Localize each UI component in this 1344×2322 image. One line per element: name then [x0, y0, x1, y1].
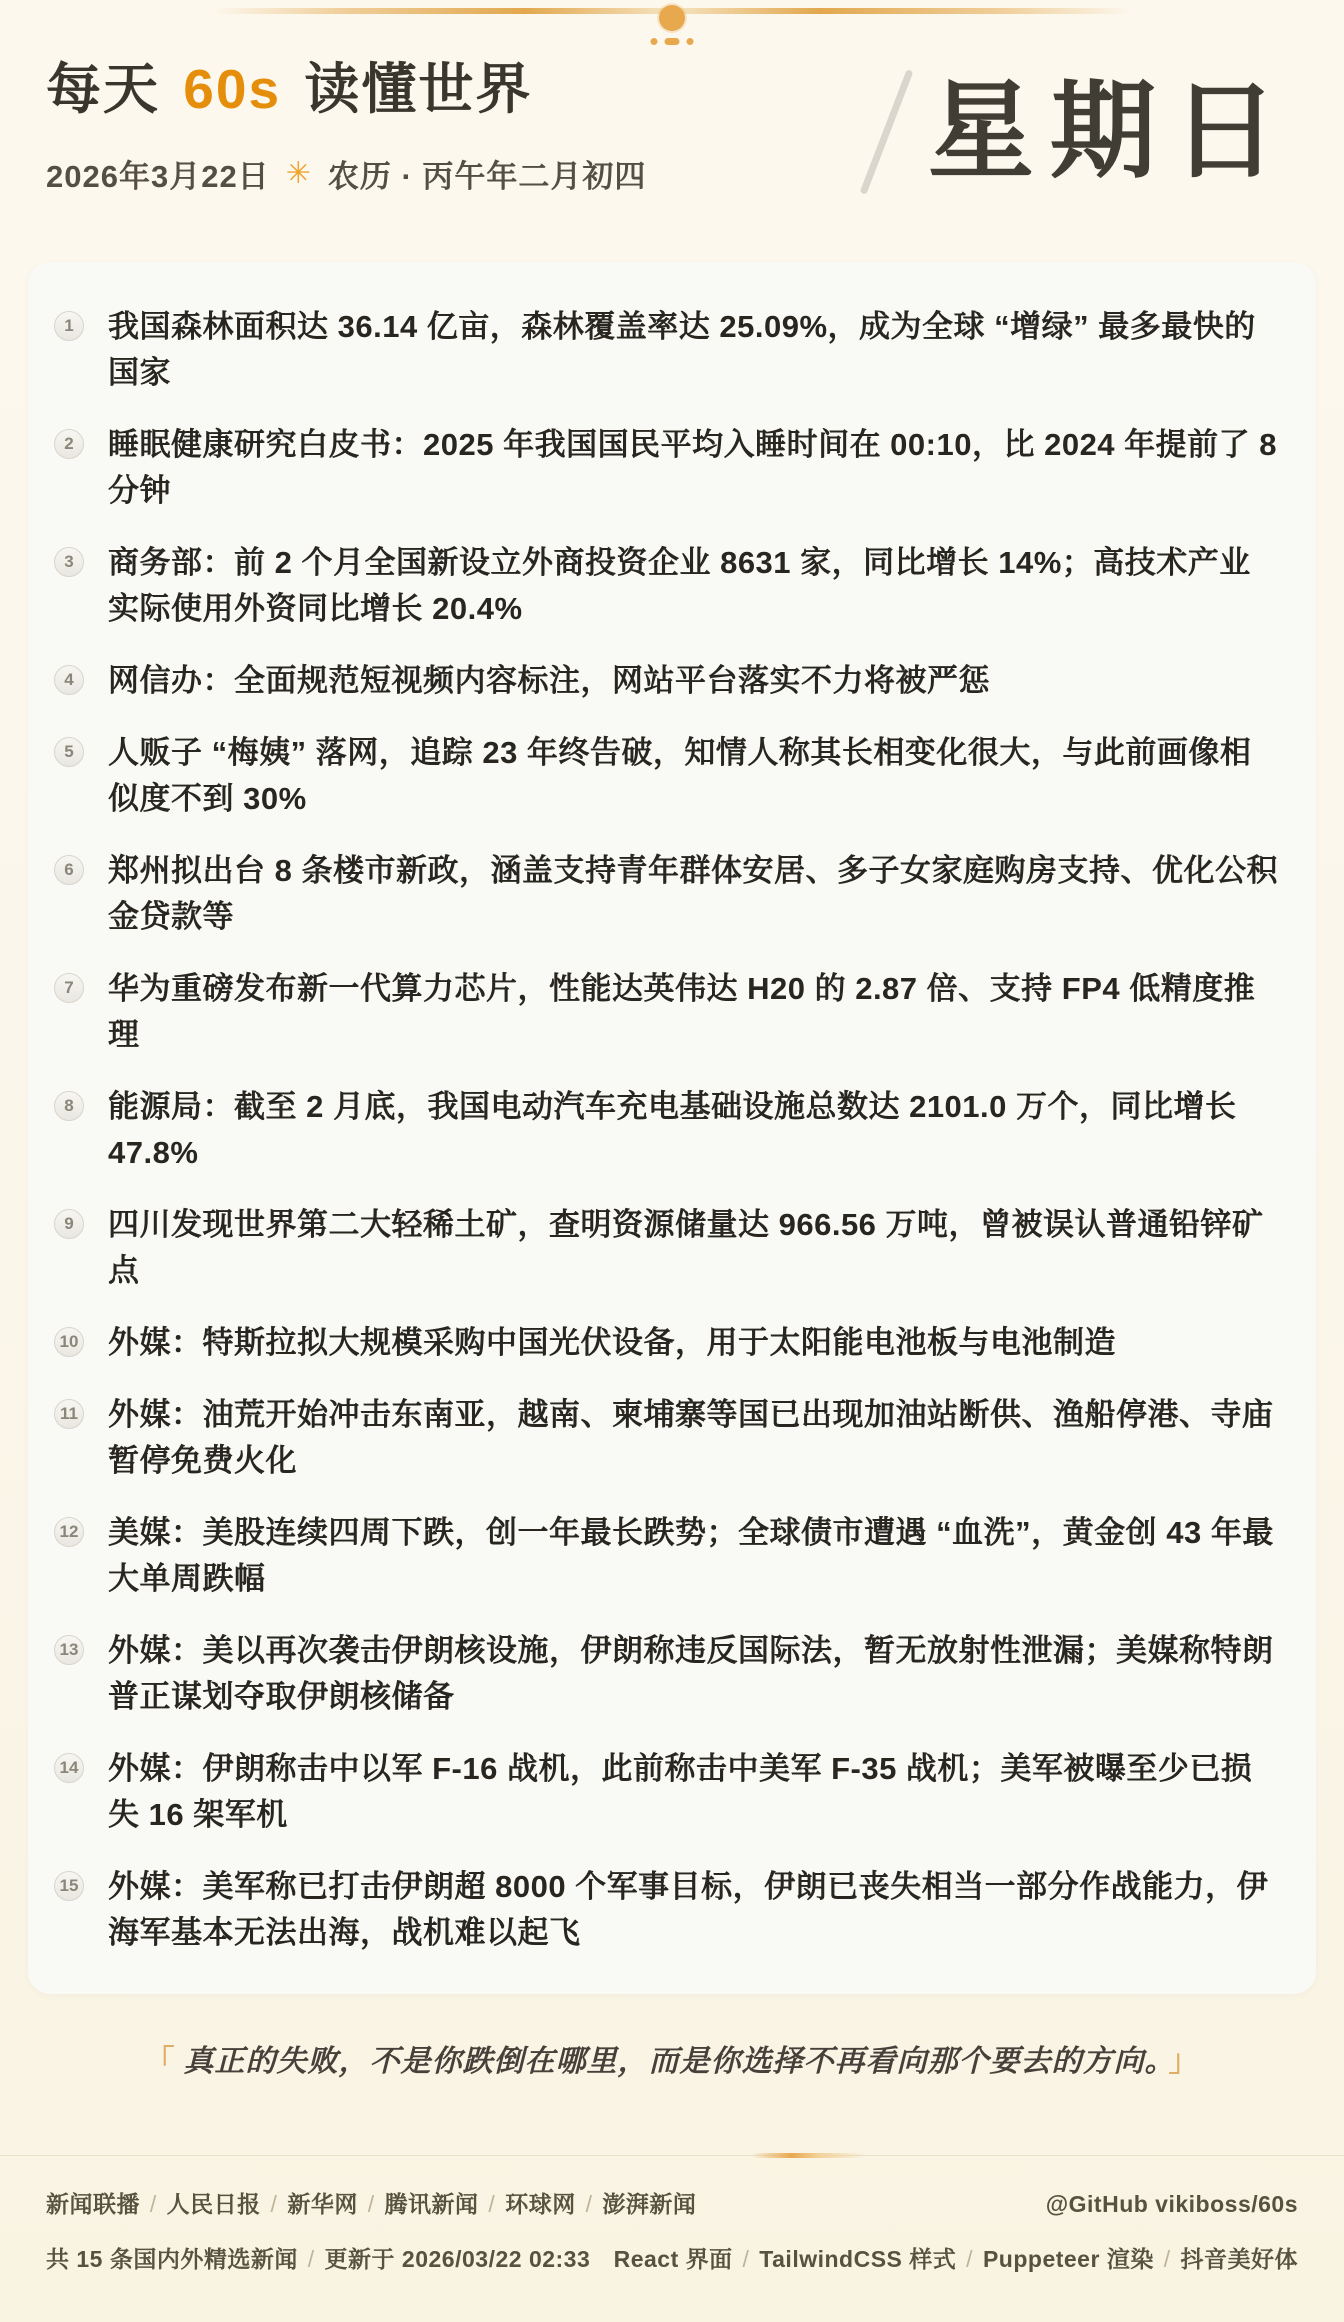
item-number-badge: 5 — [54, 737, 84, 767]
news-text: 人贩子 “梅姨” 落网，追踪 23 年终告破，知情人称其长相变化很大，与此前画像… — [108, 730, 1280, 822]
gregorian-date: 2026年3月22日 — [46, 151, 270, 196]
news-item: 1我国森林面积达 36.14 亿亩，森林覆盖率达 25.09%，成为全球 “增绿… — [54, 304, 1280, 396]
title-accent-60s: 60s — [177, 58, 287, 120]
footer-row-1: 新闻联播 / 人民日报 / 新华网 / 腾讯新闻 / 环球网 / 澎湃新闻 @G… — [46, 2186, 1298, 2219]
news-item: 12美媒：美股连续四周下跌，创一年最长跌势；全球债市遭遇 “血洗”，黄金创 43… — [54, 1510, 1280, 1602]
slash-separator: / — [956, 2246, 983, 2272]
item-number-badge: 2 — [54, 429, 84, 459]
item-number-badge: 12 — [54, 1517, 84, 1547]
footer-list-item: 环球网 — [505, 2191, 576, 2217]
item-number-badge: 13 — [54, 1635, 84, 1665]
news-item: 7华为重磅发布新一代算力芯片，性能达英伟达 H20 的 2.87 倍、支持 FP… — [54, 966, 1280, 1058]
dot-icon — [687, 38, 694, 45]
tech-credits: React 界面 / TailwindCSS 样式 / Puppeteer 渲染… — [614, 2241, 1298, 2274]
news-sources: 新闻联播 / 人民日报 / 新华网 / 腾讯新闻 / 环球网 / 澎湃新闻 — [46, 2186, 696, 2219]
item-number-badge: 7 — [54, 973, 84, 1003]
title-prefix: 每天 — [46, 58, 160, 120]
footer-list-item: 腾讯新闻 — [385, 2191, 479, 2217]
dash-icon — [665, 38, 680, 45]
slash-separator: / — [358, 2191, 385, 2217]
slash-separator: / — [261, 2191, 288, 2217]
item-number-badge: 3 — [54, 547, 84, 577]
news-item: 6郑州拟出台 8 条楼市新政，涵盖支持青年群体安居、多子女家庭购房支持、优化公积… — [54, 848, 1280, 940]
title-suffix: 读懂世界 — [304, 58, 532, 120]
lunar-date: 农历 · 丙午年二月初四 — [328, 151, 647, 196]
page-title: 每天 60s 读懂世界 — [46, 58, 646, 121]
slash-separator: / — [479, 2191, 506, 2217]
weekday-label: 星期日 — [928, 79, 1294, 185]
slash-separator: / — [140, 2191, 167, 2217]
header-right: 星期日 — [883, 66, 1294, 198]
item-number-badge: 9 — [54, 1209, 84, 1239]
slash-separator: / — [1154, 2246, 1181, 2272]
news-item: 15外媒：美军称已打击伊朗超 8000 个军事目标，伊朗已丧失相当一部分作战能力… — [54, 1864, 1280, 1956]
item-number-badge: 4 — [54, 665, 84, 695]
daily-quote: 「真正的失败，不是你跌倒在哪里，而是你选择不再看向那个要去的方向。」 — [92, 2036, 1252, 2088]
news-text: 华为重磅发布新一代算力芯片，性能达英伟达 H20 的 2.87 倍、支持 FP4… — [108, 966, 1280, 1058]
footer: 新闻联播 / 人民日报 / 新华网 / 腾讯新闻 / 环球网 / 澎湃新闻 @G… — [0, 2155, 1344, 2322]
item-number-badge: 8 — [54, 1091, 84, 1121]
footer-list-item: 共 15 条国内外精选新闻 — [46, 2246, 298, 2272]
news-text: 我国森林面积达 36.14 亿亩，森林覆盖率达 25.09%，成为全球 “增绿”… — [108, 304, 1280, 396]
news-item: 14外媒：伊朗称击中以军 F-16 战机，此前称击中美军 F-35 战机；美军被… — [54, 1746, 1280, 1838]
top-ornament — [212, 8, 1132, 52]
item-number-badge: 11 — [54, 1399, 84, 1429]
news-text: 外媒：美军称已打击伊朗超 8000 个军事目标，伊朗已丧失相当一部分作战能力，伊… — [108, 1864, 1280, 1956]
news-item: 9四川发现世界第二大轻稀土矿，查明资源储量达 966.56 万吨，曾被误认普通铅… — [54, 1202, 1280, 1294]
news-item: 10外媒：特斯拉拟大规模采购中国光伏设备，用于太阳能电池板与电池制造 — [54, 1320, 1280, 1366]
footer-list-item: 更新于 2026/03/22 02:33 — [325, 2246, 591, 2272]
quote-close-bracket: 」 — [1161, 2045, 1208, 2078]
news-text: 外媒：伊朗称击中以军 F-16 战机，此前称击中美军 F-35 战机；美军被曝至… — [108, 1746, 1280, 1838]
news-item: 3商务部：前 2 个月全国新设立外商投资企业 8631 家，同比增长 14%；高… — [54, 540, 1280, 632]
news-text: 外媒：特斯拉拟大规模采购中国光伏设备，用于太阳能电池板与电池制造 — [108, 1320, 1116, 1366]
footer-list-item: 澎湃新闻 — [602, 2191, 696, 2217]
slash-decoration — [860, 69, 914, 195]
news-item: 8能源局：截至 2 月底，我国电动汽车充电基础设施总数达 2101.0 万个，同… — [54, 1084, 1280, 1176]
footer-list-item: 人民日报 — [167, 2191, 261, 2217]
news-text: 睡眠健康研究白皮书：2025 年我国国民平均入睡时间在 00:10，比 2024… — [108, 422, 1280, 514]
news-item: 4网信办：全面规范短视频内容标注，网站平台落实不力将被严惩 — [54, 658, 1280, 704]
news-text: 网信办：全面规范短视频内容标注，网站平台落实不力将被严惩 — [108, 658, 990, 704]
footer-list-item: TailwindCSS 样式 — [759, 2246, 956, 2272]
news-item: 2睡眠健康研究白皮书：2025 年我国国民平均入睡时间在 00:10，比 202… — [54, 422, 1280, 514]
slash-separator: / — [298, 2246, 325, 2272]
news-text: 外媒：油荒开始冲击东南亚，越南、柬埔寨等国已出现加油站断供、渔船停港、寺庙暂停免… — [108, 1392, 1280, 1484]
news-text: 美媒：美股连续四周下跌，创一年最长跌势；全球债市遭遇 “血洗”，黄金创 43 年… — [108, 1510, 1280, 1602]
news-item: 13外媒：美以再次袭击伊朗核设施，伊朗称违反国际法，暂无放射性泄漏；美媒称特朗普… — [54, 1628, 1280, 1720]
quote-text: 真正的失败，不是你跌倒在哪里，而是你选择不再看向那个要去的方向。 — [184, 2045, 1161, 2078]
item-number-badge: 15 — [54, 1871, 84, 1901]
github-credit: @GitHub vikiboss/60s — [1046, 2191, 1298, 2218]
news-text: 外媒：美以再次袭击伊朗核设施，伊朗称违反国际法，暂无放射性泄漏；美媒称特朗普正谋… — [108, 1628, 1280, 1720]
footer-list-item: Puppeteer 渲染 — [983, 2246, 1154, 2272]
item-number-badge: 1 — [54, 311, 84, 341]
footer-gold-accent — [752, 2153, 864, 2158]
footer-list-item: React 界面 — [614, 2246, 733, 2272]
news-list: 1我国森林面积达 36.14 亿亩，森林覆盖率达 25.09%，成为全球 “增绿… — [54, 304, 1280, 1956]
news-meta: 共 15 条国内外精选新闻 / 更新于 2026/03/22 02:33 — [46, 2241, 590, 2274]
news-text: 郑州拟出台 8 条楼市新政，涵盖支持青年群体安居、多子女家庭购房支持、优化公积金… — [108, 848, 1280, 940]
footer-list-item: 新闻联播 — [46, 2191, 140, 2217]
slash-separator: / — [576, 2191, 603, 2217]
news-text: 四川发现世界第二大轻稀土矿，查明资源储量达 966.56 万吨，曾被误认普通铅锌… — [108, 1202, 1280, 1294]
footer-list-item: 新华网 — [287, 2191, 358, 2217]
date-row: 2026年3月22日 ✳ 农历 · 丙午年二月初四 — [46, 151, 646, 196]
dot-icon — [651, 38, 658, 45]
item-number-badge: 6 — [54, 855, 84, 885]
item-number-badge: 10 — [54, 1327, 84, 1357]
slash-separator: / — [733, 2246, 760, 2272]
quote-open-bracket: 「 — [137, 2045, 184, 2078]
header-left: 每天 60s 读懂世界 2026年3月22日 ✳ 农历 · 丙午年二月初四 — [46, 58, 646, 196]
news-card: 1我国森林面积达 36.14 亿亩，森林覆盖率达 25.09%，成为全球 “增绿… — [28, 262, 1316, 1994]
footer-list-item: 抖音美好体 — [1181, 2246, 1299, 2272]
gold-dots-decoration — [651, 38, 694, 45]
news-text: 商务部：前 2 个月全国新设立外商投资企业 8631 家，同比增长 14%；高技… — [108, 540, 1280, 632]
news-text: 能源局：截至 2 月底，我国电动汽车充电基础设施总数达 2101.0 万个，同比… — [108, 1084, 1280, 1176]
footer-row-2: 共 15 条国内外精选新闻 / 更新于 2026/03/22 02:33 Rea… — [46, 2241, 1298, 2274]
news-item: 5人贩子 “梅姨” 落网，追踪 23 年终告破，知情人称其长相变化很大，与此前画… — [54, 730, 1280, 822]
asterisk-icon: ✳ — [286, 156, 312, 191]
item-number-badge: 14 — [54, 1753, 84, 1783]
gold-circle-decoration — [659, 5, 685, 31]
news-item: 11外媒：油荒开始冲击东南亚，越南、柬埔寨等国已出现加油站断供、渔船停港、寺庙暂… — [54, 1392, 1280, 1484]
